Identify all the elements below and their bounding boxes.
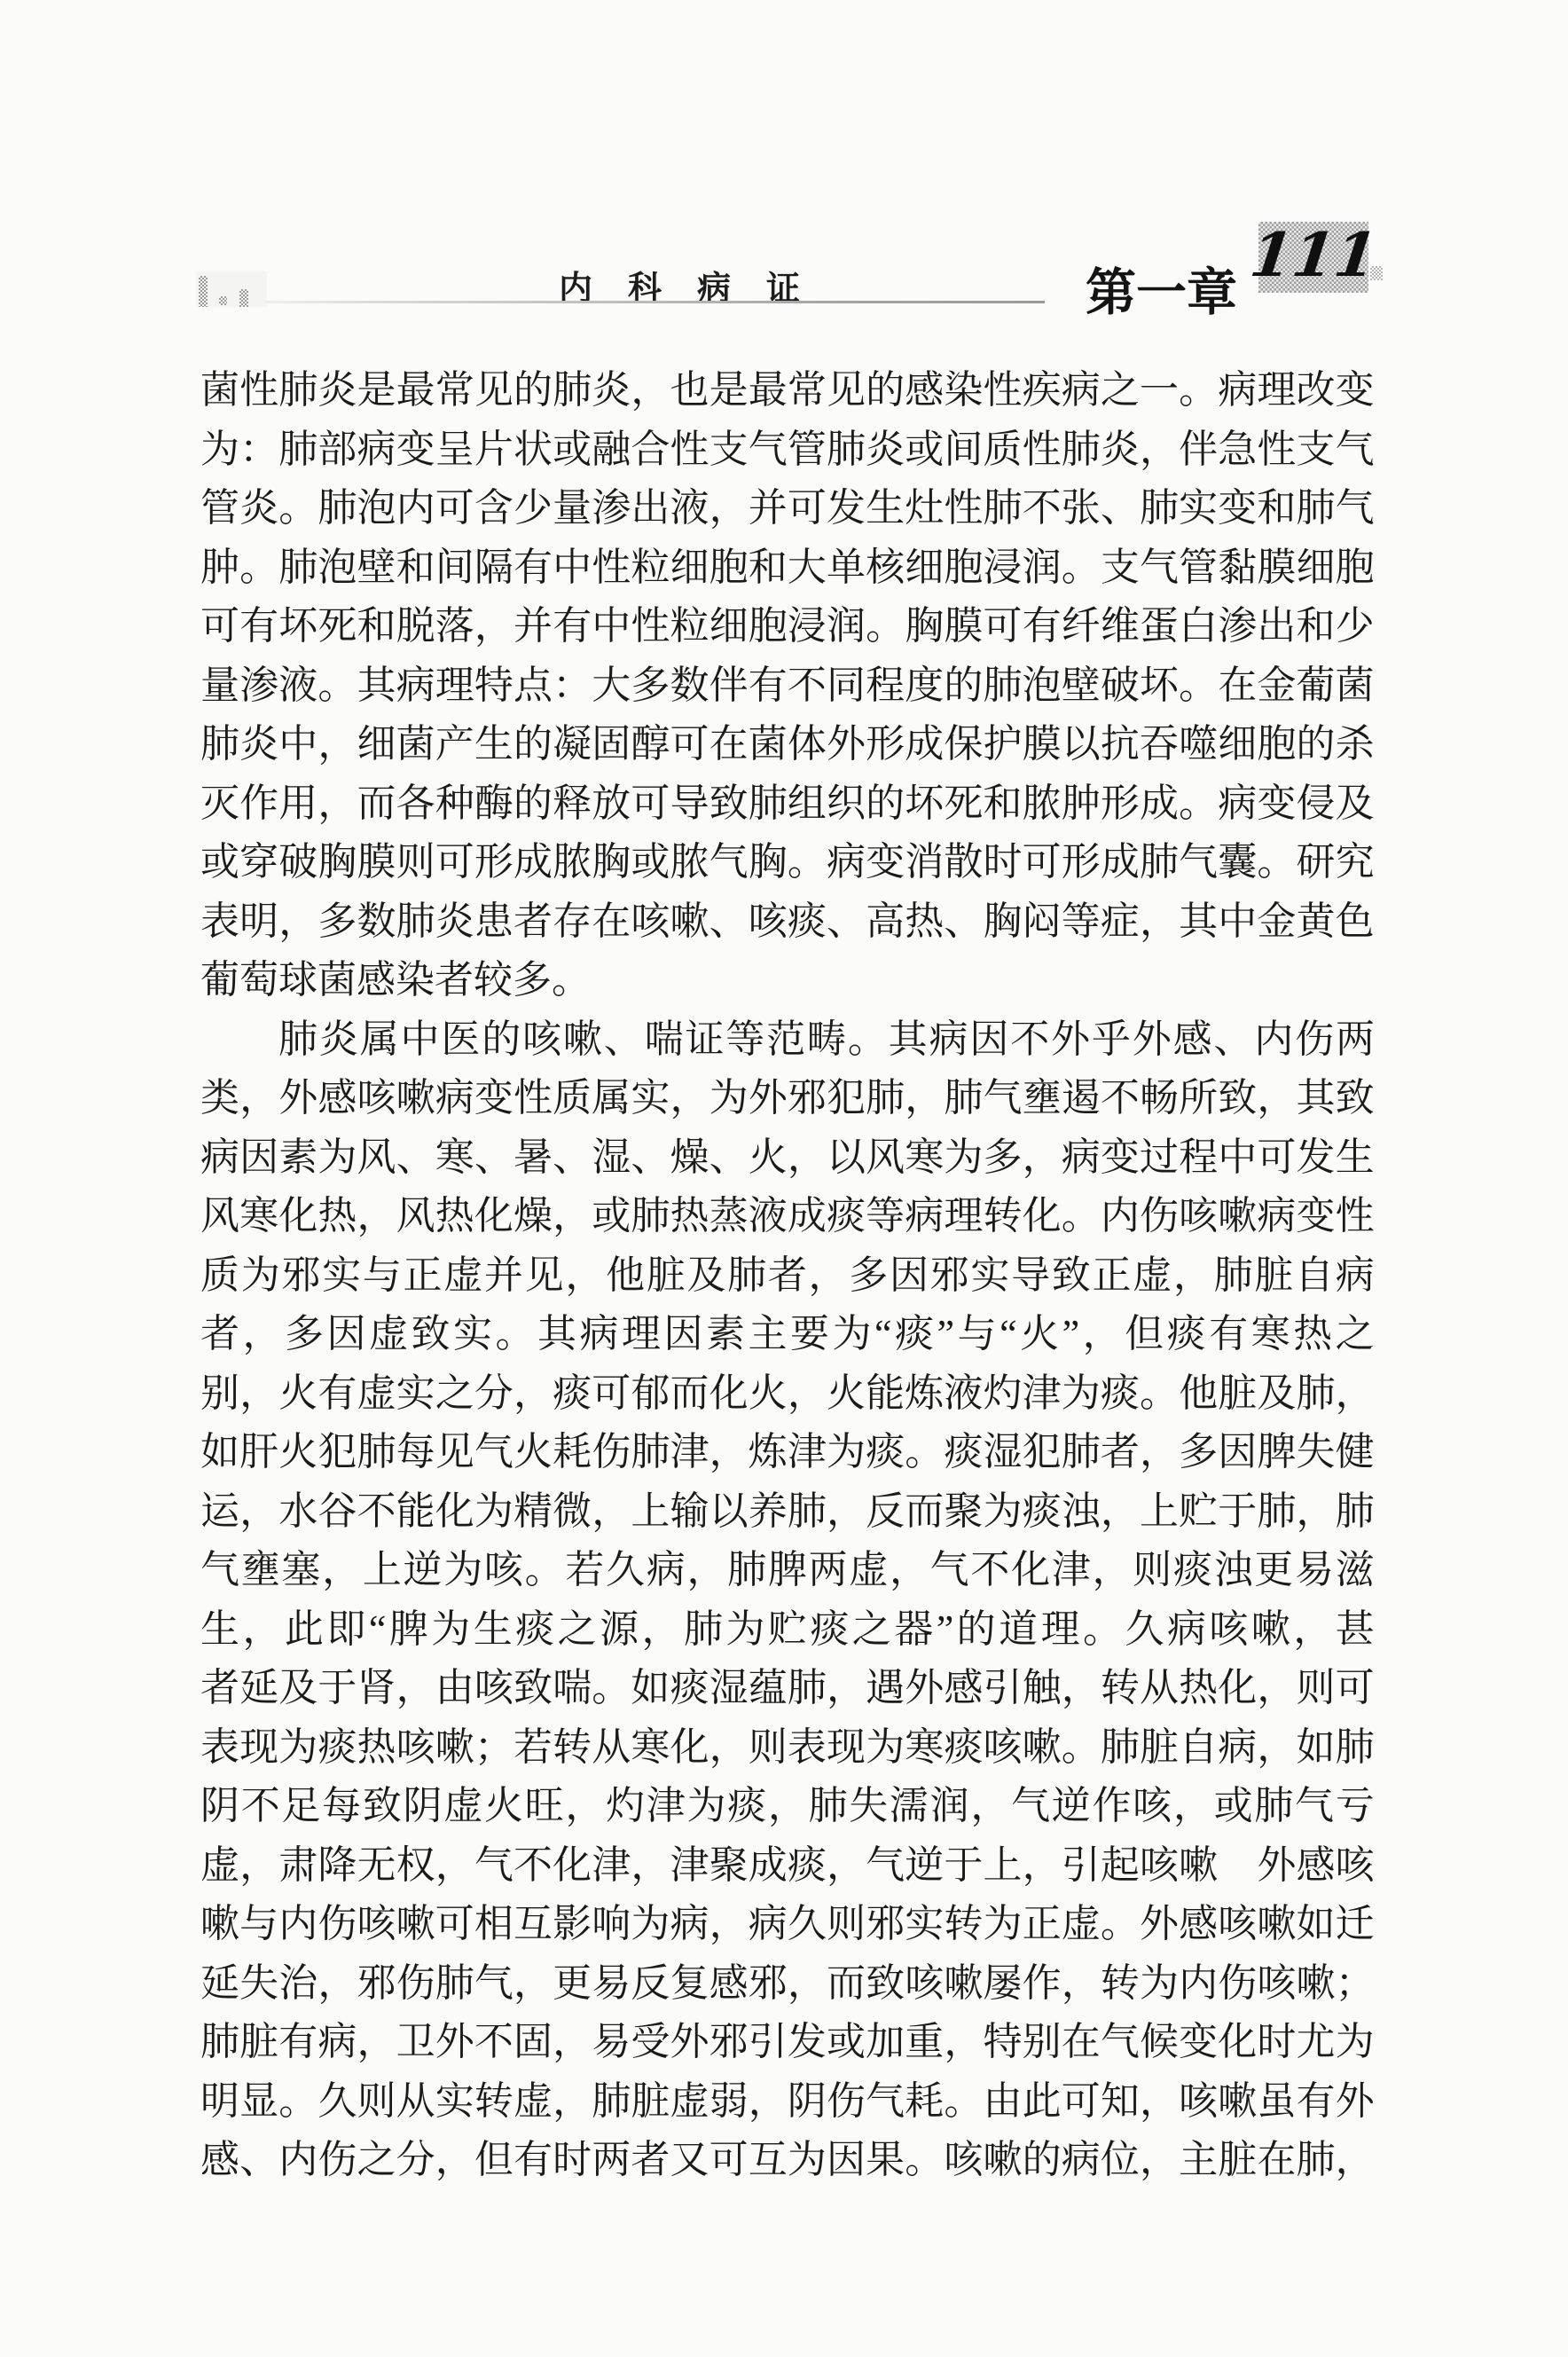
text-line: 肺炎属中医的咳嗽、喘证等范畴。其病因不外乎外感、内伤两 <box>200 1010 1375 1070</box>
text-line: 者，多因虚致实。其病理因素主要为“痰”与“火”，但痰有寒热之 <box>200 1305 1375 1364</box>
scan-artifact <box>219 296 227 305</box>
text-line: 菌性肺炎是最常见的肺炎，也是最常见的感染性疾病之一。病理改变 <box>200 361 1375 420</box>
text-line: 肿。肺泡壁和间隔有中性粒细胞和大单核细胞浸润。支气管黏膜细胞 <box>200 538 1375 598</box>
text-line: 阴不足每致阴虚火旺，灼津为痰，肺失濡润，气逆作咳，或肺气亏 <box>200 1777 1375 1836</box>
text-line: 气壅塞，上逆为咳。若久病，肺脾两虚，气不化津，则痰浊更易滋 <box>200 1541 1375 1600</box>
scan-artifact <box>1370 266 1383 280</box>
text-line: 肺炎中，细菌产生的凝固醇可在菌体外形成保护膜以抗吞噬细胞的杀 <box>200 715 1375 774</box>
text-line: 表现为痰热咳嗽；若转从寒化，则表现为寒痰咳嗽。肺脏自病，如肺 <box>200 1718 1375 1778</box>
text-line: 质为邪实与正虚并见，他脏及肺者，多因邪实导致正虚，肺脏自病 <box>200 1246 1375 1306</box>
text-line: 虚，肃降无权，气不化津，津聚成痰，气逆于上，引起咳嗽 外感咳 <box>200 1836 1375 1896</box>
text-line: 明显。久则从实转虚，肺脏虚弱，阴伤气耗。由此可知，咳嗽虽有外 <box>200 2072 1375 2132</box>
text-line: 量渗液。其病理特点：大多数伴有不同程度的肺泡壁破坏。在金葡菌 <box>200 656 1375 716</box>
text-line: 肺脏有病，卫外不固，易受外邪引发或加重，特别在气候变化时尤为 <box>200 2013 1375 2072</box>
scanned-page: 内 科 病 证 第一章 111 菌性肺炎是最常见的肺炎，也是最常见的感染性疾病之… <box>0 0 1568 2357</box>
text-line: 灭作用，而各种酶的释放可导致肺组织的坏死和脓肿形成。病变侵及 <box>200 774 1375 834</box>
text-line: 如肝火犯肺每见气火耗伤肺津，炼津为痰。痰湿犯肺者，多因脾失健 <box>200 1423 1375 1482</box>
text-line: 为：肺部病变呈片状或融合性支气管肺炎或间质性肺炎，伴急性支气 <box>200 420 1375 480</box>
chapter-label: 第一章 <box>1086 252 1237 325</box>
text-line: 管炎。肺泡内可含少量渗出液，并可发生灶性肺不张、肺实变和肺气 <box>200 479 1375 538</box>
text-line: 别，火有虚实之分，痰可郁而化火，火能炼液灼津为痰。他脏及肺， <box>200 1364 1375 1424</box>
text-line: 延失治，邪伤肺气，更易反复感邪，而致咳嗽屡作，转为内伤咳嗽； <box>200 1954 1375 2014</box>
header-divider <box>264 301 1045 303</box>
text-line: 葡萄球菌感染者较多。 <box>200 951 1375 1010</box>
text-line: 风寒化热，风热化燥，或肺热蒸液成痰等病理转化。内伤咳嗽病变性 <box>200 1187 1375 1246</box>
text-line: 表明，多数肺炎患者存在咳嗽、咳痰、高热、胸闷等症，其中金黄色 <box>200 892 1375 952</box>
body-text: 菌性肺炎是最常见的肺炎，也是最常见的感染性疾病之一。病理改变为：肺部病变呈片状或… <box>200 361 1375 2190</box>
scan-artifact <box>239 289 248 307</box>
text-line: 病因素为风、寒、暑、湿、燥、火，以风寒为多，病变过程中可发生 <box>200 1128 1375 1188</box>
page-number: 111 <box>1247 225 1380 286</box>
text-line: 可有坏死和脱落，并有中性粒细胞浸润。胸膜可有纤维蛋白渗出和少 <box>200 597 1375 656</box>
text-line: 生，此即“脾为生痰之源，肺为贮痰之器”的道理。久病咳嗽，甚 <box>200 1600 1375 1660</box>
text-line: 或穿破胸膜则可形成脓胸或脓气胸。病变消散时可形成肺气囊。研究 <box>200 833 1375 892</box>
text-line: 者延及于肾，由咳致喘。如痰湿蕴肺，遇外感引触，转从热化，则可 <box>200 1659 1375 1718</box>
text-line: 嗽与内伤咳嗽可相互影响为病，病久则邪实转为正虚。外感咳嗽如迁 <box>200 1895 1375 1954</box>
text-line: 类，外感咳嗽病变性质属实，为外邪犯肺，肺气壅遏不畅所致，其致 <box>200 1069 1375 1128</box>
page-number-badge: 111 <box>1258 222 1368 293</box>
text-line: 运，水谷不能化为精微，上输以养肺，反而聚为痰浊，上贮于肺，肺 <box>200 1482 1375 1542</box>
text-line: 感、内伤之分，但有时两者又可互为因果。咳嗽的病位，主脏在肺， <box>200 2131 1375 2190</box>
scan-artifact <box>199 276 208 307</box>
